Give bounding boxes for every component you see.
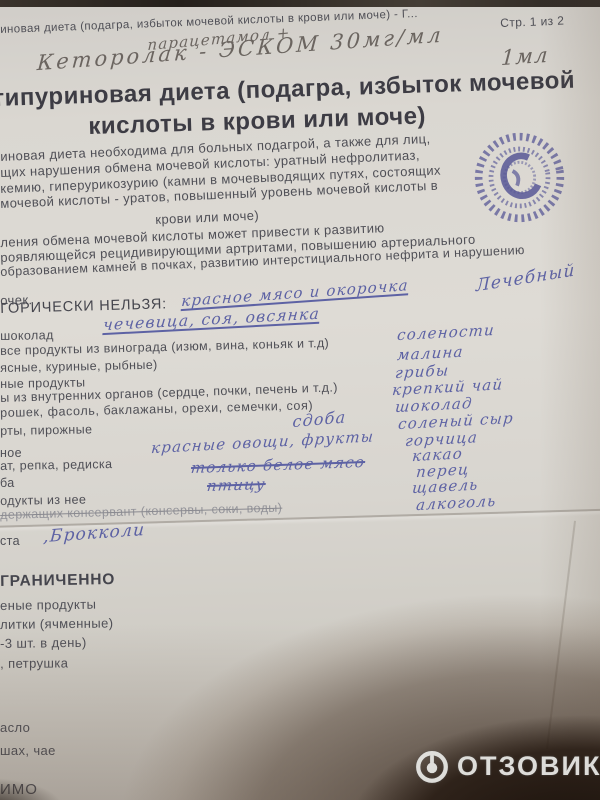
handwritten-list-item-2: малина: [396, 343, 464, 365]
limited-item-1: еные продукты: [0, 597, 96, 613]
limited-item-4: , петрушка: [0, 655, 68, 671]
forbidden-item-10: ба: [0, 476, 15, 490]
otzovik-watermark: ОТЗОВИК: [413, 747, 600, 785]
footer-line-3: ИМО: [0, 781, 38, 798]
handwritten-pastry-note: сдоба: [292, 407, 347, 431]
handwritten-vegetables-note: красные овощи, фрукты: [150, 427, 375, 457]
forbidden-item-9: ат, репка, редиска: [0, 457, 113, 473]
forbidden-item-3: ясные, куриные, рыбные): [0, 358, 158, 375]
pencil-note-dose: 1мл: [500, 43, 549, 71]
handwritten-crossed-poultry-note: птицу: [206, 475, 267, 495]
document-photo: иновая диета (подагра, избыток мочевой к…: [0, 0, 600, 800]
limited-item-2: литки (ячменные): [0, 615, 114, 632]
limited-item-3: -3 шт. в день): [0, 635, 87, 651]
handwritten-list-item-11: алкоголь: [415, 492, 497, 514]
handwritten-crossed-meat-note: только белое мясо: [190, 453, 366, 477]
footer-line-1: асло: [0, 720, 30, 735]
handwritten-broccoli-note: ,Брокколи: [43, 520, 146, 547]
limited-heading: ГРАНИЧЕННО: [0, 571, 115, 591]
page-indicator: Стр. 1 из 2: [500, 14, 565, 30]
photo-top-edge: [0, 0, 600, 7]
footer-line-2: шах, чае: [0, 743, 56, 758]
forbidden-item-13: ста: [0, 534, 20, 548]
handwritten-diet-type-note: Лечебный: [476, 260, 576, 296]
handwritten-list-item-1: солености: [396, 321, 495, 344]
forbidden-item-1: шоколад: [0, 328, 54, 343]
paper-crease-vertical: [546, 521, 576, 750]
watermark-text: ОТЗОВИК: [457, 751, 600, 782]
eye-logo-icon: [413, 747, 451, 785]
round-stamp-icon: [464, 122, 574, 232]
forbidden-item-7: рты, пирожные: [0, 422, 92, 438]
intro-line-5: крови или моче): [155, 208, 259, 227]
